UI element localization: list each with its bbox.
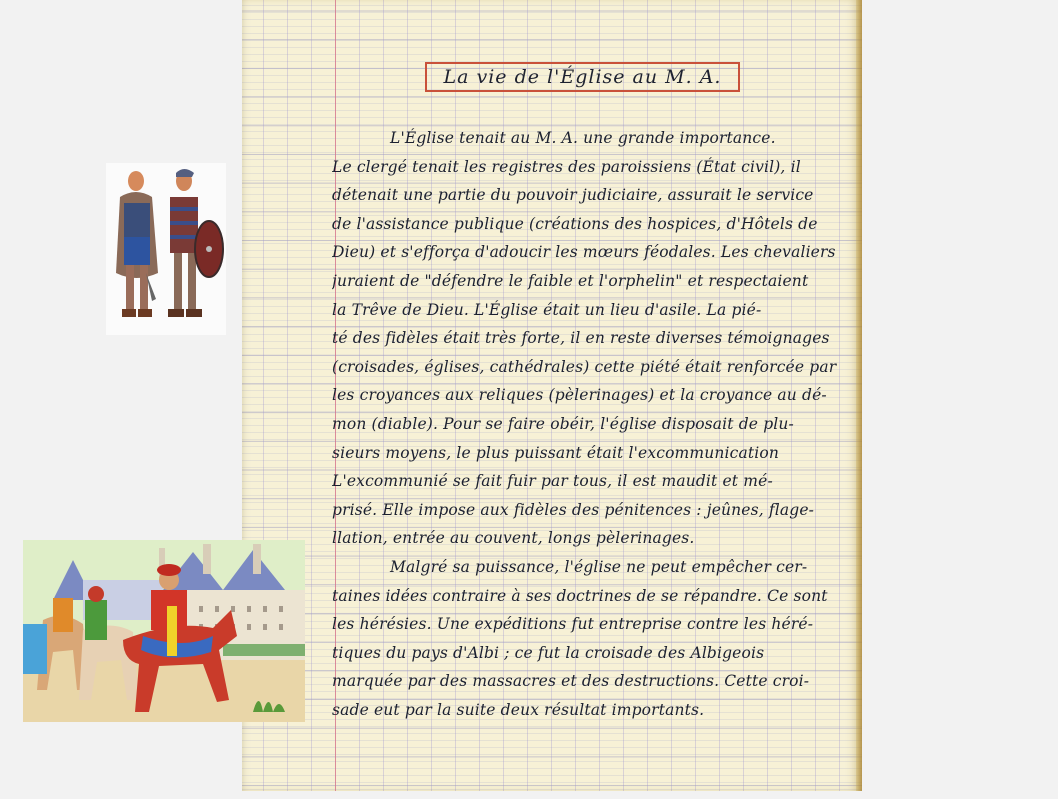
text-line: sieurs moyens, le plus puissant était l'… [332,439,854,468]
title-box: La vie de l'Église au M. A. [425,62,740,92]
page-binding-edge [856,0,862,791]
warriors-illustration [106,163,226,335]
text-line: llation, entrée au couvent, longs pèleri… [332,524,854,553]
text-line: té des fidèles était très forte, il en r… [332,324,854,353]
text-line: Dieu) et s'efforça d'adoucir les mœurs f… [332,238,854,267]
text-line: détenait une partie du pouvoir judiciair… [332,181,854,210]
horsemen-illustration [23,540,305,722]
text-line: mon (diable). Pour se faire obéir, l'égl… [332,410,854,439]
text-line: de l'assistance publique (créations des … [332,210,854,239]
text-line: Malgré sa puissance, l'église ne peut em… [332,553,854,582]
text-line: Le clergé tenait les registres des paroi… [332,153,854,182]
text-line: tiques du pays d'Albi ; ce fut la croisa… [332,639,854,668]
text-line: juraient de "défendre le faible et l'orp… [332,267,854,296]
text-line: la Trêve de Dieu. L'Église était un lieu… [332,296,854,325]
notebook-page: La vie de l'Église au M. A. L'Église ten… [242,0,862,791]
text-line: (croisades, églises, cathédrales) cette … [332,353,854,382]
text-line: L'excommunié se fait fuir par tous, il e… [332,467,854,496]
text-line: prisé. Elle impose aux fidèles des pénit… [332,496,854,525]
warriors-image-icon [106,163,226,335]
text-line: L'Église tenait au M. A. une grande impo… [332,124,854,153]
page-title: La vie de l'Église au M. A. [444,66,722,88]
text-line: les croyances aux reliques (pèlerinages)… [332,381,854,410]
text-line: marquée par des massacres et des destruc… [332,667,854,696]
horsemen-image-icon [23,540,305,722]
text-line: taines idées contraire à ses doctrines d… [332,582,854,611]
text-line: sade eut par la suite deux résultat impo… [332,696,854,725]
handwritten-text: L'Église tenait au M. A. une grande impo… [332,124,854,724]
text-line: les hérésies. Une expéditions fut entrep… [332,610,854,639]
